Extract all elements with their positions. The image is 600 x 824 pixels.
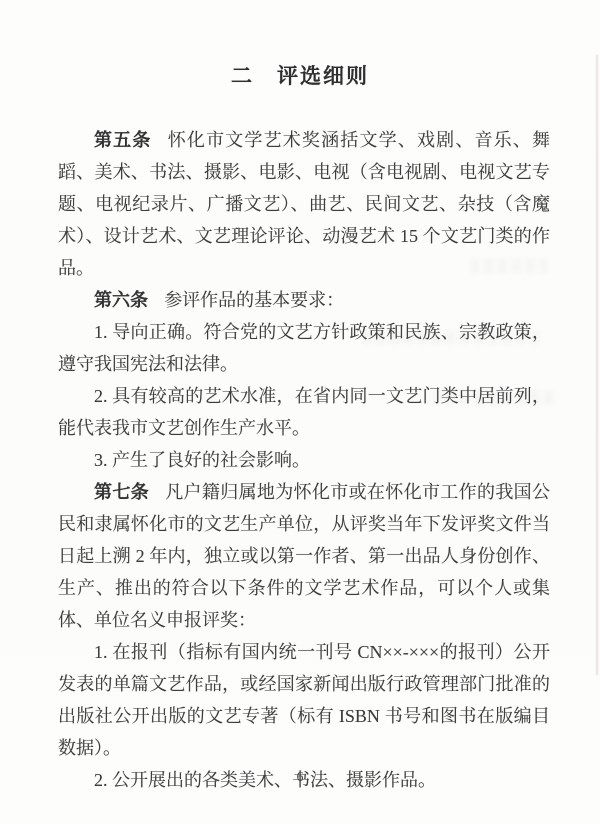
- document-body: 第五条怀化市文学艺术奖涵括文学、戏剧、音乐、舞蹈、美术、书法、摄影、电影、电视（…: [58, 124, 550, 796]
- section-title: 二 评选细则: [0, 0, 600, 92]
- paragraph-item-3: 3. 产生了良好的社会影响。: [58, 444, 550, 476]
- paragraph-text: 怀化市文学艺术奖涵括文学、戏剧、音乐、舞蹈、美术、书法、摄影、电影、电视（含电视…: [58, 130, 550, 278]
- paragraph-text: 1. 在报刊（指标有国内统一刊号 CN××-×××的报刊）公开发表的单篇文艺作品…: [58, 642, 550, 758]
- article-label: 第六条: [94, 290, 148, 310]
- paragraph-item-1: 1. 导向正确。符合党的文艺方针政策和民族、宗教政策，遵守我国宪法和法律。: [58, 316, 550, 380]
- document-page: 二 评选细则 第五条怀化市文学艺术奖涵括文学、戏剧、音乐、舞蹈、美术、书法、摄影…: [0, 0, 600, 824]
- paragraph-text: 参评作品的基本要求：: [164, 290, 344, 310]
- paragraph-item-2: 2. 具有较高的艺术水准，在省内同一文艺门类中居前列，能代表我市文艺创作生产水平…: [58, 380, 550, 444]
- paragraph-article-7: 第七条凡户籍归属地为怀化市或在怀化市工作的我国公民和隶属怀化市的文艺生产单位，从…: [58, 476, 550, 636]
- paragraph-item-1b: 1. 在报刊（指标有国内统一刊号 CN××-×××的报刊）公开发表的单篇文艺作品…: [58, 636, 550, 764]
- article-label: 第五条: [94, 130, 152, 150]
- paragraph-text: 1. 导向正确。符合党的文艺方针政策和民族、宗教政策，遵守我国宪法和法律。: [58, 322, 550, 374]
- article-label: 第七条: [94, 482, 149, 502]
- paragraph-text: 3. 产生了良好的社会影响。: [94, 450, 310, 470]
- scan-edge-artifact: [596, 55, 598, 675]
- paragraph-article-5: 第五条怀化市文学艺术奖涵括文学、戏剧、音乐、舞蹈、美术、书法、摄影、电影、电视（…: [58, 124, 550, 284]
- paragraph-article-6: 第六条参评作品的基本要求：: [58, 284, 550, 316]
- paragraph-text: 2. 具有较高的艺术水准，在省内同一文艺门类中居前列，能代表我市文艺创作生产水平…: [58, 386, 550, 438]
- paragraph-text: 凡户籍归属地为怀化市或在怀化市工作的我国公民和隶属怀化市的文艺生产单位，从评奖当…: [58, 482, 550, 630]
- page-number: 6: [0, 770, 600, 786]
